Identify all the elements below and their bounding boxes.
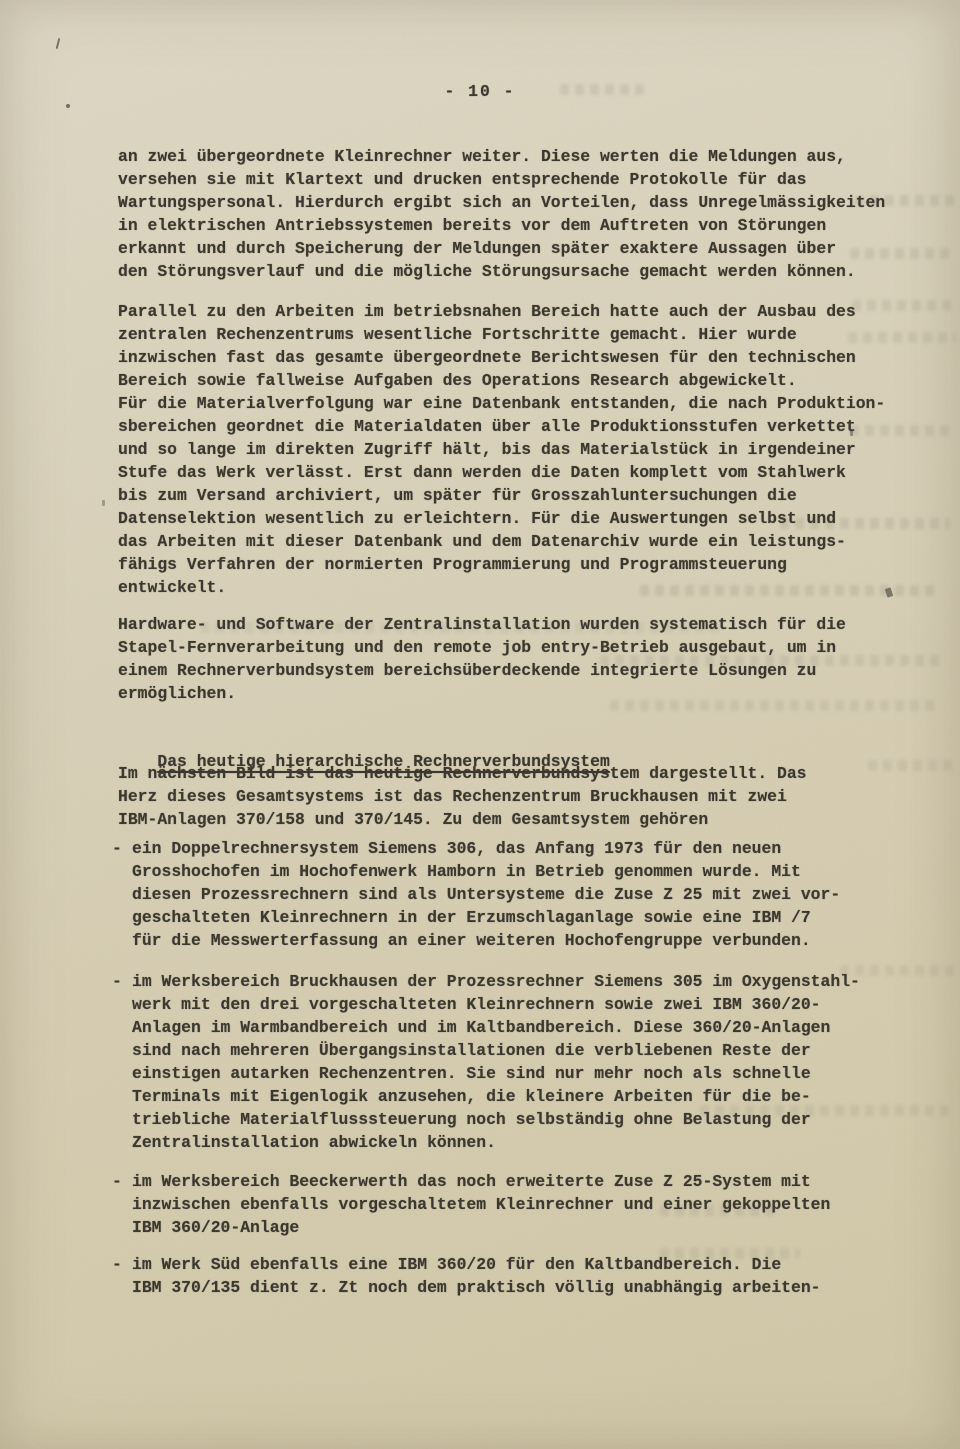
- page-number: - 10 -: [118, 80, 842, 103]
- text-line: Terminals mit Eigenlogik anzusehen, die …: [132, 1085, 860, 1108]
- text-line: Bereich sowie fallweise Aufgaben des Ope…: [118, 369, 885, 392]
- text-line: Zentralinstallation abwickeln können.: [132, 1131, 860, 1154]
- text-line: ermöglichen.: [118, 682, 846, 705]
- text-line: im Werksbereich Beeckerwerth das noch er…: [132, 1170, 830, 1193]
- bullet-item-beeckerwerth-zuse: - im Werksbereich Beeckerwerth das noch …: [112, 1170, 830, 1239]
- bullet-text: im Werksbereich Beeckerwerth das noch er…: [132, 1170, 830, 1239]
- bullet-item-bruckhausen-siemens-305: - im Werksbereich Bruckhausen der Prozes…: [112, 970, 860, 1154]
- text-line: entwickelt.: [118, 576, 885, 599]
- text-line: in elektrischen Antriebssystemen bereits…: [118, 214, 885, 237]
- text-line: diesen Prozessrechnern sind als Untersys…: [132, 883, 840, 906]
- bullet-dash: -: [112, 1170, 122, 1193]
- text-line: Anlagen im Warmbandbereich und im Kaltba…: [132, 1016, 860, 1039]
- text-line: im Werksbereich Bruckhausen der Prozessr…: [132, 970, 860, 993]
- text-line: werk mit den drei vorgeschalteten Kleinr…: [132, 993, 860, 1016]
- text-line: einem Rechnerverbundsystem bereichsüberd…: [118, 659, 846, 682]
- bullet-dash: -: [112, 837, 122, 860]
- text-line: sind nach mehreren Übergangsinstallation…: [132, 1039, 860, 1062]
- text-line: Grosshochofen im Hochofenwerk Hamborn in…: [132, 860, 840, 883]
- text-line: einstigen autarken Rechenzentren. Sie si…: [132, 1062, 860, 1085]
- text-line: inzwischen ebenfalls vorgeschaltetem Kle…: [132, 1193, 830, 1216]
- text-line: ein Doppelrechnersystem Siemens 306, das…: [132, 837, 840, 860]
- text-line: Hardware- und Software der Zentralinstal…: [118, 613, 846, 636]
- text-line: das Arbeiten mit dieser Datenbank und de…: [118, 530, 885, 553]
- text-line: im Werk Süd ebenfalls eine IBM 360/20 fü…: [132, 1253, 821, 1276]
- text-line: Herz dieses Gesamtsystems ist das Rechen…: [118, 785, 807, 808]
- scan-speck: [66, 104, 70, 108]
- text-line: Stapel-Fernverarbeitung und den remote j…: [118, 636, 846, 659]
- text-line: Parallel zu den Arbeiten im betriebsnahe…: [118, 300, 885, 323]
- text-line: Stufe das Werk verlässt. Erst dann werde…: [118, 461, 885, 484]
- text-line: versehen sie mit Klartext und drucken en…: [118, 168, 885, 191]
- text-line: Im nächsten Bild ist das heutige Rechner…: [118, 762, 807, 785]
- document-page: - 10 - an zwei übergeordnete Kleinrechne…: [0, 0, 960, 1449]
- bullet-text: im Werk Süd ebenfalls eine IBM 360/20 fü…: [132, 1253, 821, 1299]
- paragraph-hardware-software: Hardware- und Software der Zentralinstal…: [118, 613, 846, 705]
- text-line: Für die Materialverfolgung war eine Date…: [118, 392, 885, 415]
- bullet-item-siemens-306: - ein Doppelrechnersystem Siemens 306, d…: [112, 837, 840, 952]
- text-line: bis zum Versand archiviert, um später fü…: [118, 484, 885, 507]
- bullet-dash: -: [112, 970, 122, 993]
- text-line: erkannt und durch Speicherung der Meldun…: [118, 237, 885, 260]
- text-line: zentralen Rechenzentrums wesentliche For…: [118, 323, 885, 346]
- bullet-text: im Werksbereich Bruckhausen der Prozessr…: [132, 970, 860, 1154]
- scan-speck: [102, 500, 105, 506]
- text-line: IBM 360/20-Anlage: [132, 1216, 830, 1239]
- text-line: sbereichen geordnet die Materialdaten üb…: [118, 415, 885, 438]
- paragraph-system-overview: Im nächsten Bild ist das heutige Rechner…: [118, 762, 807, 831]
- text-line: an zwei übergeordnete Kleinrechner weite…: [118, 145, 885, 168]
- text-line: Datenselektion wesentlich zu erleichtern…: [118, 507, 885, 530]
- text-line: und so lange im direkten Zugriff hält, b…: [118, 438, 885, 461]
- paragraph-maintenance-protocols: an zwei übergeordnete Kleinrechner weite…: [118, 145, 885, 283]
- text-line: Wartungspersonal. Hierdurch ergibt sich …: [118, 191, 885, 214]
- text-line: für die Messwerterfassung an einer weite…: [132, 929, 840, 952]
- text-line: IBM-Anlagen 370/158 und 370/145. Zu dem …: [118, 808, 807, 831]
- text-line: geschalteten Kleinrechnern in der Erzums…: [132, 906, 840, 929]
- bullet-text: ein Doppelrechnersystem Siemens 306, das…: [132, 837, 840, 952]
- text-line: fähigs Verfahren der normierten Programm…: [118, 553, 885, 576]
- bullet-item-werk-sued-ibm: - im Werk Süd ebenfalls eine IBM 360/20 …: [112, 1253, 821, 1299]
- paragraph-central-datacenter: Parallel zu den Arbeiten im betriebsnahe…: [118, 300, 885, 599]
- bullet-dash: -: [112, 1253, 122, 1276]
- text-line: den Störungsverlauf und die mögliche Stö…: [118, 260, 885, 283]
- bleedthrough-smudge: [868, 760, 958, 771]
- text-line: inzwischen fast das gesamte übergeordnet…: [118, 346, 885, 369]
- text-line: triebliche Materialflusssteuerung noch s…: [132, 1108, 860, 1131]
- scan-speck: [56, 38, 61, 49]
- text-line: IBM 370/135 dient z. Zt noch dem praktis…: [132, 1276, 821, 1299]
